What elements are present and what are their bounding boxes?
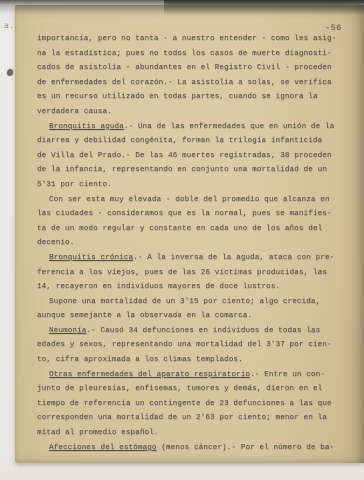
text-line: las ciudades - consideramos que es la no…	[37, 207, 345, 222]
text-line: corresponden una mortalidad de un 2'63 p…	[37, 411, 345, 426]
text-line: 5'31 por ciento.	[37, 178, 345, 193]
text-line-with-heading: Bronquitis crónica.- A la inversa de la …	[37, 251, 345, 266]
scanned-document-page: { "document": { "corner_mark": "a..", "p…	[0, 0, 364, 480]
underlined-heading: Bronquitis crónica	[49, 254, 133, 262]
text-line: 14, recayeron en individuos mayores de d…	[37, 280, 345, 295]
underlined-heading: Otras enfermedades del aparato respirato…	[49, 371, 250, 379]
text-line: edades y sexos, representando una mortal…	[37, 338, 345, 353]
text-line: de Villa del Prado.- De las 46 muertes r…	[37, 149, 345, 164]
text-line-with-heading: Afecciones del estómago (menos cáncer).-…	[37, 441, 345, 456]
underlined-heading: Afecciones del estómago	[49, 444, 157, 452]
text-line: decenio.	[37, 236, 345, 251]
text-line: de enfermedades del corazón.- La asistol…	[37, 76, 345, 91]
text-block: importancia, pero no tanta - a nuestro e…	[37, 32, 345, 455]
text-line: verdadera causa.	[37, 105, 345, 120]
pencil-corner-mark: a..	[4, 21, 19, 30]
text-line: to, cifra aproximada a los climas templa…	[37, 353, 345, 368]
ink-blot-mark	[6, 68, 14, 77]
text-line-with-heading: Otras enfermedades del aparato respirato…	[37, 368, 345, 383]
text-line: de la infancia, representando en conjunt…	[37, 163, 345, 178]
underlined-heading: Bronquitis aguda	[49, 123, 124, 131]
text-line: na la estadística; pues no todos los cas…	[37, 47, 345, 62]
text-line: diarrea y debilidad congénita, forman la…	[37, 134, 345, 149]
text-line: cados de asistolia - abundantes en el Re…	[37, 61, 345, 76]
text-line: junto de pleuresías, enfisemas, tumores …	[37, 382, 345, 397]
text-line: ferencia a los viejos, pues de las 26 ví…	[37, 266, 345, 281]
text-line: mitad al promedio español.	[37, 426, 345, 441]
text-line-with-heading: Bronquitis aguda.- Una de las enfermedad…	[37, 120, 345, 135]
text-line: tiempo de referencia un contingente de 2…	[37, 397, 345, 412]
text-line: importancia, pero no tanta - a nuestro e…	[37, 32, 345, 47]
text-line: ta de un modo regular y constante en cad…	[37, 222, 345, 237]
paper-sheet: -56 importancia, pero no tanta - a nuest…	[15, 5, 364, 463]
text-line: Con ser esta muy elevada - doble del pro…	[37, 193, 345, 208]
text-line: aunque semejante a la observada en la co…	[37, 309, 345, 324]
text-line: Supone una mortalidad de un 3'15 por cie…	[37, 295, 345, 310]
underlined-heading: Neumonía	[49, 327, 86, 335]
text-line-with-heading: Neumonía.- Causó 34 defunciones en indiv…	[37, 324, 345, 339]
text-line: es un recurso utilizado en todas partes,…	[37, 90, 345, 105]
